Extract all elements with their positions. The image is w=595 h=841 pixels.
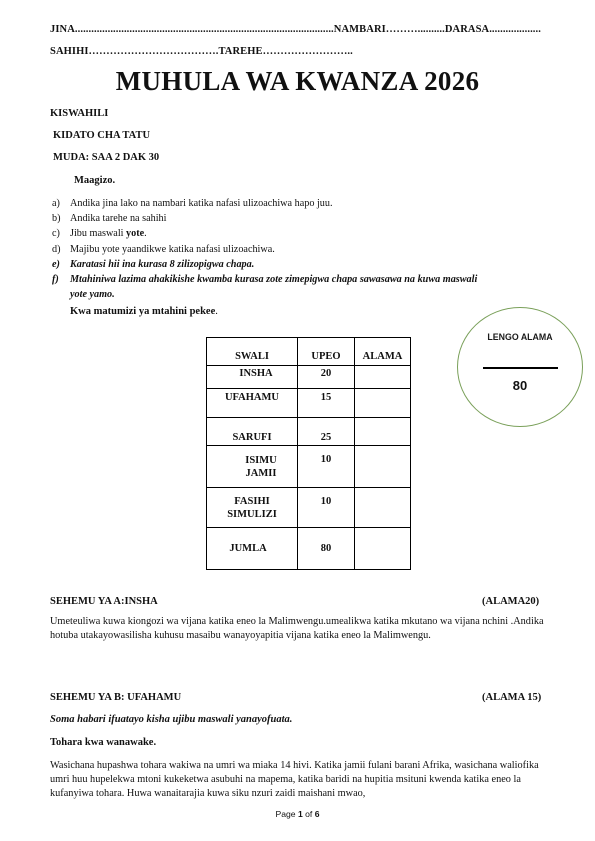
table-row: SARUFI 25 [207, 418, 411, 446]
page-total: 6 [315, 809, 320, 819]
cell-alama[interactable] [355, 389, 411, 418]
cell-swali: UFAHAMU [207, 389, 298, 418]
cell-swali: ISIMU JAMII [207, 446, 298, 488]
cell-alama[interactable] [355, 528, 411, 570]
cell-upeo: 20 [298, 366, 355, 389]
instruction-text: Jibu maswali yote. [70, 226, 147, 241]
section-b-heading: SEHEMU YA B: UFAHAMU [50, 692, 181, 703]
marks-table: SWALI UPEO ALAMA INSHA 20 UFAHAMU 15 SAR… [206, 337, 411, 570]
form-level: KIDATO CHA TATU [53, 130, 150, 141]
subject: KISWAHILI [50, 108, 108, 119]
page-number-of: of [303, 809, 315, 819]
duration: MUDA: SAA 2 DAK 30 [53, 152, 159, 163]
instruction-emphasis: yote [126, 228, 144, 239]
cell-alama[interactable] [355, 446, 411, 488]
instruction-label: e) [52, 257, 70, 272]
cell-swali: INSHA [207, 366, 298, 389]
instruction-label: b) [52, 211, 70, 226]
cell-alama[interactable] [355, 366, 411, 389]
cell-upeo: 10 [298, 446, 355, 488]
section-b-instruction: Soma habari ifuatayo kisha ujibu maswali… [50, 714, 292, 725]
instruction-item: a) Andika jina lako na nambari katika na… [52, 196, 477, 211]
instruction-label: c) [52, 226, 70, 241]
section-a-marks: (ALAMA20) [482, 596, 539, 607]
instruction-item: e) Karatasi hii ina kurasa 8 zilizopigwa… [52, 257, 477, 272]
target-marks-circle: LENGO ALAMA 80 [457, 307, 583, 427]
section-a-prompt: Umeteuliwa kuwa kiongozi wa vijana katik… [50, 615, 560, 643]
examiner-use-text: Kwa matumizi ya mtahini pekee [70, 306, 215, 317]
instruction-label: f) [52, 272, 70, 287]
table-row: INSHA 20 [207, 366, 411, 389]
instruction-text-part: Jibu maswali [70, 228, 126, 239]
page-number-prefix: Page [276, 809, 298, 819]
section-b-marks: (ALAMA 15) [482, 692, 541, 703]
instruction-text: Majibu yote yaandikwe katika nafasi uliz… [70, 242, 275, 257]
passage-body: Wasichana hupashwa tohara wakiwa na umri… [50, 759, 560, 802]
examiner-use-tail: . [215, 306, 218, 317]
target-marks-divider [483, 367, 558, 369]
cell-upeo: 80 [298, 528, 355, 570]
cell-alama[interactable] [355, 418, 411, 446]
page-number: Page 1 of 6 [0, 809, 595, 819]
cell-swali: FASIHI SIMULIZI [207, 488, 298, 528]
cell-upeo: 10 [298, 488, 355, 528]
instruction-text: yote yamo. [52, 287, 115, 302]
table-row-total: JUMLA 80 [207, 528, 411, 570]
instruction-label: d) [52, 242, 70, 257]
header-alama: ALAMA [355, 338, 411, 366]
instruction-text: Andika tarehe na sahihi [70, 211, 166, 226]
cell-upeo: 25 [298, 418, 355, 446]
instruction-text: Mtahiniwa lazima ahakikishe kwamba kuras… [70, 272, 477, 287]
table-header-row: SWALI UPEO ALAMA [207, 338, 411, 366]
signature-date-line: SAHIHI……………………………….TAREHE…………………….. [50, 46, 353, 57]
name-number-class-line: JINA....................................… [50, 24, 541, 35]
instructions-heading: Maagizo. [74, 175, 115, 186]
instruction-item: d) Majibu yote yaandikwe katika nafasi u… [52, 242, 477, 257]
section-a-heading: SEHEMU YA A:INSHA [50, 596, 158, 607]
instruction-label: a) [52, 196, 70, 211]
instructions-list: a) Andika jina lako na nambari katika na… [52, 196, 477, 302]
instruction-text: Karatasi hii ina kurasa 8 zilizopigwa ch… [70, 257, 254, 272]
cell-upeo: 15 [298, 389, 355, 418]
target-marks-label: LENGO ALAMA [458, 332, 582, 342]
page-title: MUHULA WA KWANZA 2026 [0, 66, 595, 97]
instruction-text-part: . [144, 228, 147, 239]
header-upeo: UPEO [298, 338, 355, 366]
passage-title: Tohara kwa wanawake. [50, 737, 156, 748]
table-row: UFAHAMU 15 [207, 389, 411, 418]
instruction-item: b) Andika tarehe na sahihi [52, 211, 477, 226]
target-marks-value: 80 [458, 378, 582, 393]
cell-swali: SARUFI [207, 418, 298, 446]
examiner-use-label: Kwa matumizi ya mtahini pekee. [70, 306, 218, 317]
cell-alama[interactable] [355, 488, 411, 528]
instruction-item: c) Jibu maswali yote. [52, 226, 477, 241]
instruction-item: f) Mtahiniwa lazima ahakikishe kwamba ku… [52, 272, 477, 287]
instruction-text: Andika jina lako na nambari katika nafas… [70, 196, 333, 211]
instruction-item-continuation: yote yamo. [52, 287, 477, 302]
header-swali: SWALI [207, 338, 298, 366]
table-row: ISIMU JAMII 10 [207, 446, 411, 488]
table-row: FASIHI SIMULIZI 10 [207, 488, 411, 528]
cell-swali: JUMLA [207, 528, 298, 570]
